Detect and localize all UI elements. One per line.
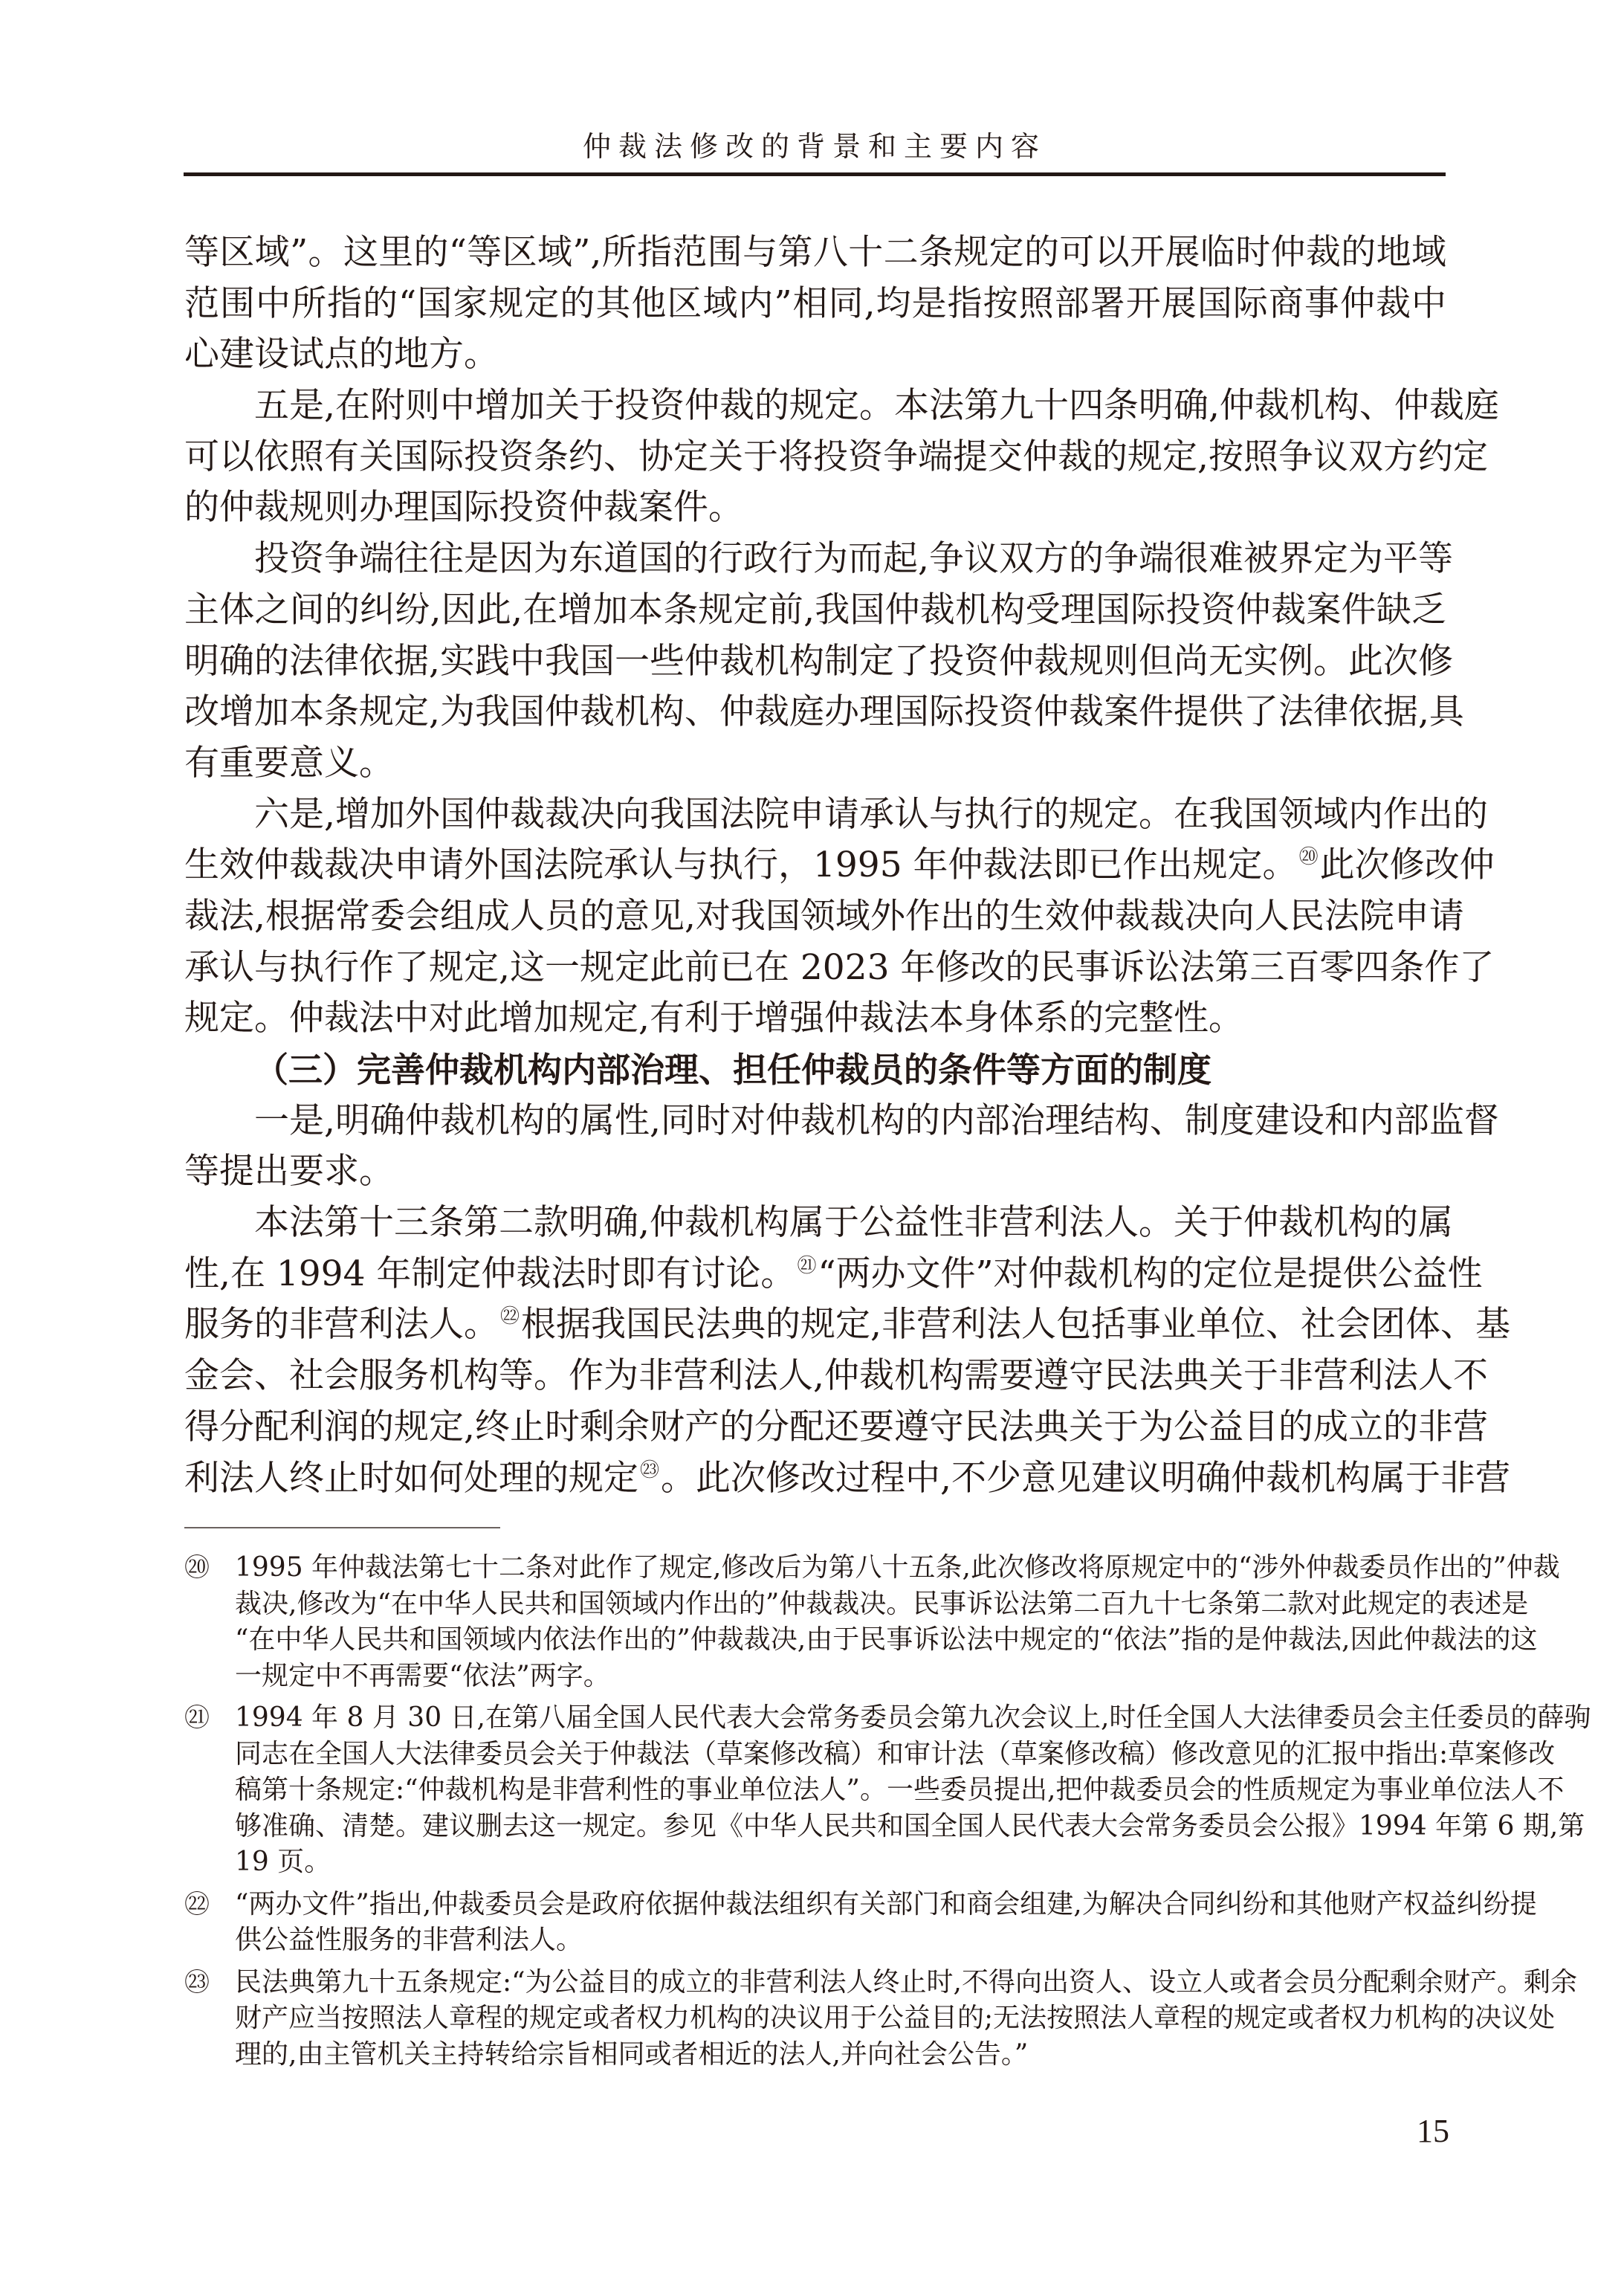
body-line: 有重要意义。 [184,738,1446,789]
body-line: 性,在 1994 年制定仲裁法时即有讨论。㉑“两办文件”对仲裁机构的定位是提供公… [184,1249,1446,1300]
footnote-line: 民法典第九十五条规定:“为公益目的成立的非营利法人终止时,不得向出资人、设立人或… [235,1965,1446,2001]
body-line: 规定。仲裁法中对此增加规定,有利于增强仲裁法本身体系的完整性。 [184,993,1446,1044]
body-text-segment: 服务的非营利法人。 [184,1304,499,1345]
paragraph-start-line: 五是,在附则中增加关于投资仲裁的规定。本法第九十四条明确,仲裁机构、仲裁庭 [184,381,1446,432]
body-line: 裁法,根据常委会组成人员的意见,对我国领域外作出的生效仲裁裁决向人民法院申请 [184,891,1446,943]
body-line: 的仲裁规则办理国际投资仲裁案件。 [184,482,1446,534]
footnote-ref-20[interactable]: ⑳ [1299,846,1319,868]
body-text-segment: 根据我国民法典的规定,非营利法人包括事业单位、社会团体、基 [521,1304,1510,1345]
footnote-line: 1995 年仲裁法第七十二条对此作了规定,修改后为第八十五条,此次修改将原规定中… [235,1550,1446,1586]
footnote-line: 裁决,修改为“在中华人民共和国领域内作出的”仲裁裁决。民事诉讼法第二百九十七条第… [235,1586,1446,1623]
body-text: 等区域”。这里的“等区域”,所指范围与第八十二条规定的可以开展临时仲裁的地域 范… [184,227,1446,1504]
footnote-line: 19 页。 [235,1844,1446,1881]
footnote-line: 稿第十条规定:“仲裁机构是非营利性的事业单位法人”。一些委员提出,把仲裁委员会的… [235,1772,1446,1809]
body-line: 明确的法律依据,实践中我国一些仲裁机构制定了投资仲裁规则但尚无实例。此次修 [184,636,1446,688]
body-text-segment: 。此次修改过程中,不少意见建议明确仲裁机构属于非营 [661,1458,1510,1499]
paragraph-start-line: 六是,增加外国仲裁裁决向我国法院申请承认与执行的规定。在我国领域内作出的 [184,789,1446,841]
footnote-line: 供公益性服务的非营利法人。 [235,1922,1446,1959]
body-text-segment: 生效仲裁裁决申请外国法院承认与执行，1995 年仲裁法即已作出规定。 [184,845,1298,885]
body-line: 得分配利润的规定,终止时剩余财产的分配还要遵守民法典关于为公益目的成立的非营 [184,1402,1446,1453]
footnote-line: “在中华人民共和国领域内依法作出的”仲裁裁决,由于民事诉讼法中规定的“依法”指的… [235,1622,1446,1659]
running-header-title: 仲裁法修改的背景和主要内容 [184,128,1446,165]
footnote-22: ㉒ “两办文件”指出,仲裁委员会是政府依据仲裁法组织有关部门和商会组建,为解决合… [184,1887,1446,1959]
footnote-23: ㉓ 民法典第九十五条规定:“为公益目的成立的非营利法人终止时,不得向出资人、设立… [184,1965,1446,2073]
footnote-line: 够准确、清楚。建议删去这一规定。参见《中华人民共和国全国人民代表大会常务委员会公… [235,1809,1446,1845]
header-rule [184,172,1446,176]
body-line: 等提出要求。 [184,1146,1446,1198]
footnote-marker: ⑳ [184,1550,210,1586]
body-line: 服务的非营利法人。㉒根据我国民法典的规定,非营利法人包括事业单位、社会团体、基 [184,1299,1446,1351]
body-line: 等区域”。这里的“等区域”,所指范围与第八十二条规定的可以开展临时仲裁的地域 [184,227,1446,279]
footnote-20: ⑳ 1995 年仲裁法第七十二条对此作了规定,修改后为第八十五条,此次修改将原规… [184,1550,1446,1694]
paragraph-start-line: 一是,明确仲裁机构的属性,同时对仲裁机构的内部治理结构、制度建设和内部监督 [184,1096,1446,1147]
footnote-line: “两办文件”指出,仲裁委员会是政府依据仲裁法组织有关部门和商会组建,为解决合同纠… [235,1887,1446,1923]
body-text-segment: 此次修改仲 [1320,845,1495,885]
paragraph-start-line: 本法第十三条第二款明确,仲裁机构属于公益性非营利法人。关于仲裁机构的属 [184,1198,1446,1249]
footnote-21: ㉑ 1994 年 8 月 30 日,在第八届全国人民代表大会常务委员会第九次会议… [184,1700,1446,1881]
body-line: 心建设试点的地方。 [184,329,1446,381]
footnote-line: 同志在全国人大法律委员会关于仲裁法（草案修改稿）和审计法（草案修改稿）修改意见的… [235,1737,1446,1773]
section-heading: （三）完善仲裁机构内部治理、担任仲裁员的条件等方面的制度 [184,1044,1446,1096]
body-line: 主体之间的纠纷,因此,在增加本条规定前,我国仲裁机构受理国际投资仲裁案件缺乏 [184,585,1446,636]
body-line: 利法人终止时如何处理的规定㉓。此次修改过程中,不少意见建议明确仲裁机构属于非营 [184,1453,1446,1505]
footnote-line: 1994 年 8 月 30 日,在第八届全国人民代表大会常务委员会第九次会议上,… [235,1700,1446,1737]
footnote-line: 理的,由主管机关主持转给宗旨相同或者相近的法人,并向社会公告。” [235,2037,1446,2073]
body-text-segment: 利法人终止时如何处理的规定 [184,1458,638,1499]
footnote-marker: ㉓ [184,1965,210,2001]
page-number: 15 [1405,2113,1449,2150]
footnote-marker: ㉒ [184,1887,210,1923]
footnote-separator [184,1527,500,1528]
body-line: 金会、社会服务机构等。作为非营利法人,仲裁机构需要遵守民法典关于非营利法人不 [184,1351,1446,1402]
footnote-line: 一规定中不再需要“依法”两字。 [235,1659,1446,1695]
body-text-segment: 性,在 1994 年制定仲裁法时即有讨论。 [184,1253,795,1294]
body-line: 可以依照有关国际投资条约、协定关于将投资争端提交仲裁的规定,按照争议双方约定 [184,432,1446,483]
body-line: 生效仲裁裁决申请外国法院承认与执行，1995 年仲裁法即已作出规定。⑳此次修改仲 [184,840,1446,891]
body-line: 范围中所指的“国家规定的其他区域内”相同,均是指按照部署开展国际商事仲裁中 [184,279,1446,330]
body-text-segment: “两办文件”对仲裁机构的定位是提供公益性 [818,1253,1482,1294]
body-line: 改增加本条规定,为我国仲裁机构、仲裁庭办理国际投资仲裁案件提供了法律依据,具 [184,687,1446,738]
body-line: 承认与执行作了规定,这一规定此前已在 2023 年修改的民事诉讼法第三百零四条作… [184,943,1446,994]
footnote-line: 财产应当按照法人章程的规定或者权力机构的决议用于公益目的;无法按照法人章程的规定… [235,2001,1446,2037]
footnote-marker: ㉑ [184,1700,210,1737]
footnotes: ⑳ 1995 年仲裁法第七十二条对此作了规定,修改后为第八十五条,此次修改将原规… [184,1550,1446,2079]
paragraph-start-line: 投资争端往往是因为东道国的行政行为而起,争议双方的争端很难被界定为平等 [184,534,1446,585]
footnote-ref-21[interactable]: ㉑ [797,1255,816,1277]
footnote-ref-23[interactable]: ㉓ [640,1459,659,1482]
footnote-ref-22[interactable]: ㉒ [500,1305,520,1328]
document-page: 仲裁法修改的背景和主要内容 等区域”。这里的“等区域”,所指范围与第八十二条规定… [0,0,1624,2283]
